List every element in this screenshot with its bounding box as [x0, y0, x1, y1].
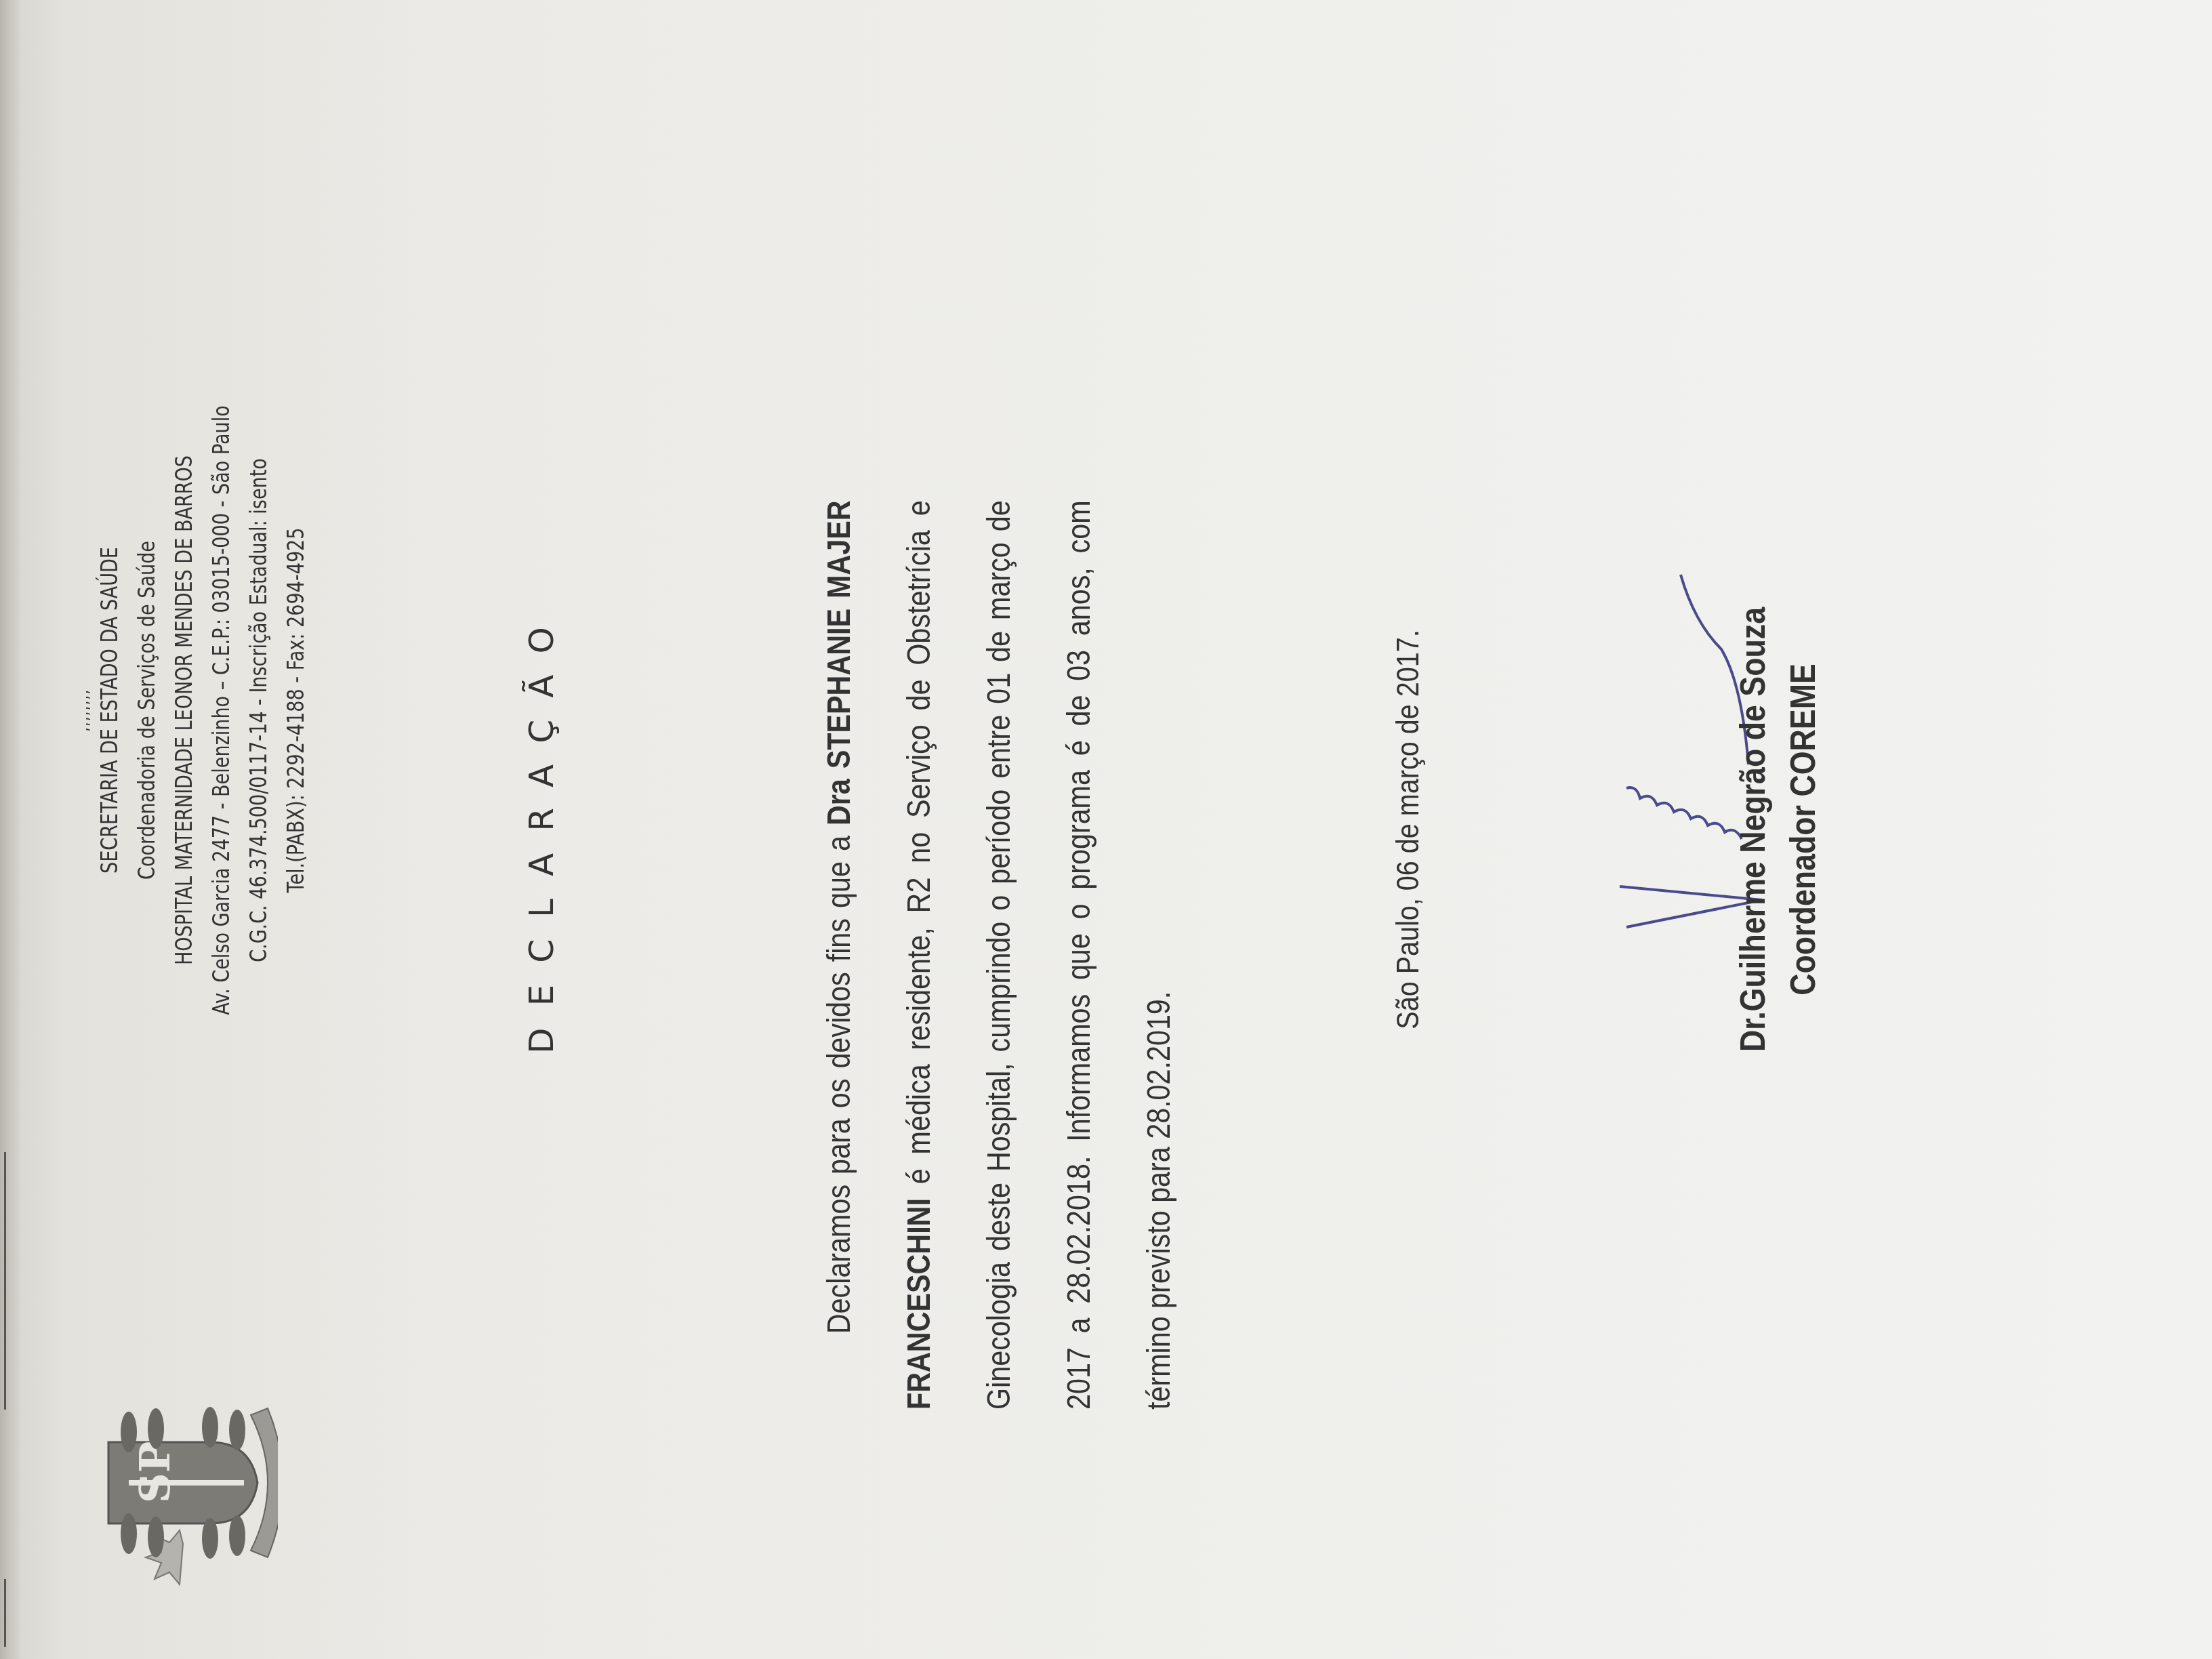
letterhead-ticks: ,,,,,,,, — [75, 321, 91, 1099]
letterhead: ,,,,,,,, SECRETARIA DE ESTADO DA SAÚDE C… — [75, 321, 314, 1099]
declaration-page: SP ,,,,,,,, SECRETARIA DE ESTADO DA SAÚD… — [0, 0, 2212, 1659]
signature-block: Dr.Guilherme Negrão de Souza Coordenador… — [1728, 116, 1828, 1542]
declaration-body: Declaramos para os devidos fins que a Dr… — [800, 500, 1200, 1410]
letterhead-secretariat: SECRETARIA DE ESTADO DA SAÚDE — [91, 321, 128, 1099]
body-intro: Declaramos para os devidos fins que a — [821, 825, 857, 1334]
dateline: São Paulo, 06 de março de 2017. — [1389, 116, 1426, 1542]
svg-text:SP: SP — [130, 1441, 180, 1503]
signatory-name: Dr.Guilherme Negrão de Souza — [1728, 116, 1778, 1542]
letterhead-hospital: HOSPITAL MATERNIDADE LEONOR MENDES DE BA… — [165, 321, 203, 1099]
signatory-role: Coordenador COREME — [1778, 116, 1828, 1542]
letterhead-coordination: Coordenadoria de Serviços de Saúde — [128, 321, 165, 1099]
coat-of-arms-icon: SP — [81, 1401, 278, 1612]
document-title: DECLARAÇÃO — [522, 0, 561, 1659]
letterhead-registration: C.G.C. 46.374.500/0117-14 - Inscrição Es… — [240, 321, 277, 1099]
letterhead-phone: Tel.(PABX): 2292-4188 - Fax: 2694-4925 — [277, 321, 314, 1099]
letterhead-address: Av. Celso Garcia 2477 - Belenzinho – C.E… — [203, 321, 240, 1099]
body-text: é médica residente, R2 no Serviço de Obs… — [901, 500, 1177, 1410]
